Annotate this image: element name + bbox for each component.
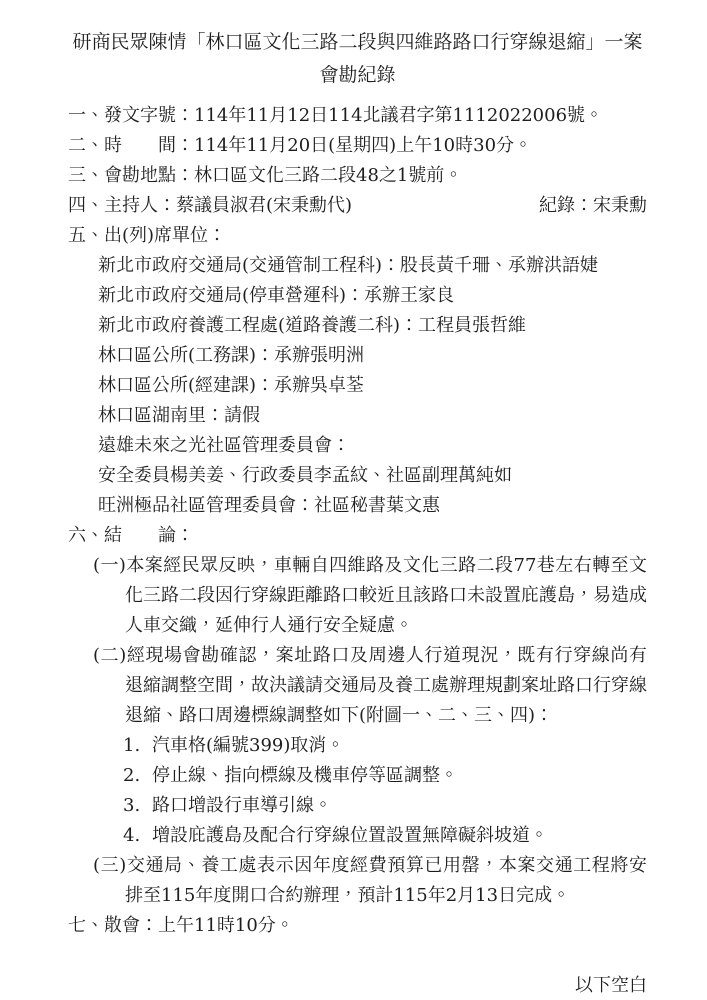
measure-item-4: 4.增設庇護島及配合行穿線位置設置無障礙斜坡道。 [123,821,647,851]
conclusion-label: (三) [93,855,126,876]
measure-text: 增設庇護島及配合行穿線位置設置無障礙斜坡道。 [152,825,548,846]
meeting-location-line: 三、會勘地點：林口區文化三路二段48之1號前。 [68,161,647,191]
footer-note: 以下空白 [68,971,647,1000]
document-page: 研商民眾陳情「林口區文化三路二段與四維路路口行穿線退縮」一案 會勘紀錄 一、發文… [0,0,707,1000]
measure-number: 4. [123,821,152,851]
measure-number: 3. [123,791,152,821]
meeting-time-line: 二、時 間：114年11月20日(星期四)上午10時30分。 [68,131,647,161]
conclusion-paragraph-2: (二)經現場會勘確認，案址路口及周邊人行道現況，既有行穿線尚有退縮調整空間，故決… [68,641,647,731]
attendee-line: 林口區公所(工務課)：承辦張明洲 [98,341,647,371]
conclusion-text: 本案經民眾反映，車輛自四維路及文化三路二段77巷左右轉至文化三路二段因行穿線距離… [125,555,647,636]
attendee-line: 林口區公所(經建課)：承辦吳卓荃 [98,371,647,401]
attendee-line: 新北市政府養護工程處(道路養護二科)：工程員張哲維 [98,311,647,341]
attendee-line: 林口區湖南里：請假 [98,401,647,431]
conclusion-label: (二) [93,645,126,666]
host-label: 四、主持人：蔡議員淑君(宋秉勳代) [68,191,352,221]
conclusion-paragraph-1: (一)本案經民眾反映，車輛自四維路及文化三路二段77巷左右轉至文化三路二段因行穿… [68,551,647,641]
measure-number: 1. [123,731,152,761]
attendee-line: 遠雄未來之光社區管理委員會： [98,431,647,461]
host-recorder-line: 四、主持人：蔡議員淑君(宋秉勳代) 紀錄：宋秉勳 [68,191,647,221]
measure-item-2: 2.停止線、指向標線及機車停等區調整。 [123,761,647,791]
attendee-line: 安全委員楊美姜、行政委員李孟紋、社區副理萬純如 [98,461,647,491]
conclusion-text: 交通局、養工處表示因年度經費預算已用罄，本案交通工程將安排至115年度開口合約辦… [125,855,647,906]
recorder-label: 紀錄：宋秉勳 [539,191,647,221]
conclusion-text: 經現場會勘確認，案址路口及周邊人行道現況，既有行穿線尚有退縮調整空間，故決議請交… [125,645,647,726]
measure-item-3: 3.路口增設行車導引線。 [123,791,647,821]
conclusion-paragraph-3: (三)交通局、養工處表示因年度經費預算已用罄，本案交通工程將安排至115年度開口… [68,851,647,911]
measure-number: 2. [123,761,152,791]
doc-number-line: 一、發文字號：114年11月12日114北議君字第1112022006號。 [68,101,647,131]
adjournment-line: 七、散會：上午11時10分。 [68,911,647,941]
attendee-line: 旺洲極品社區管理委員會：社區秘書葉文惠 [98,491,647,521]
conclusion-header: 六、結 論： [68,521,647,551]
attendee-line: 新北市政府交通局(交通管制工程科)：股長黃千珊、承辦洪語婕 [98,251,647,281]
measure-text: 路口增設行車導引線。 [152,795,332,816]
measure-text: 停止線、指向標線及機車停等區調整。 [152,765,458,786]
attendees-header: 五、出(列)席單位： [68,221,647,251]
title-line-2: 會勘紀錄 [319,59,395,92]
attendee-line: 新北市政府交通局(停車營運科)：承辦王家良 [98,281,647,311]
title-line-1: 研商民眾陳情「林口區文化三路二段與四維路路口行穿線退縮」一案 [72,26,642,59]
measure-text: 汽車格(編號399)取消。 [152,735,344,756]
measure-item-1: 1.汽車格(編號399)取消。 [123,731,647,761]
conclusion-label: (一) [93,555,126,576]
document-title: 研商民眾陳情「林口區文化三路二段與四維路路口行穿線退縮」一案 會勘紀錄 [68,26,647,92]
